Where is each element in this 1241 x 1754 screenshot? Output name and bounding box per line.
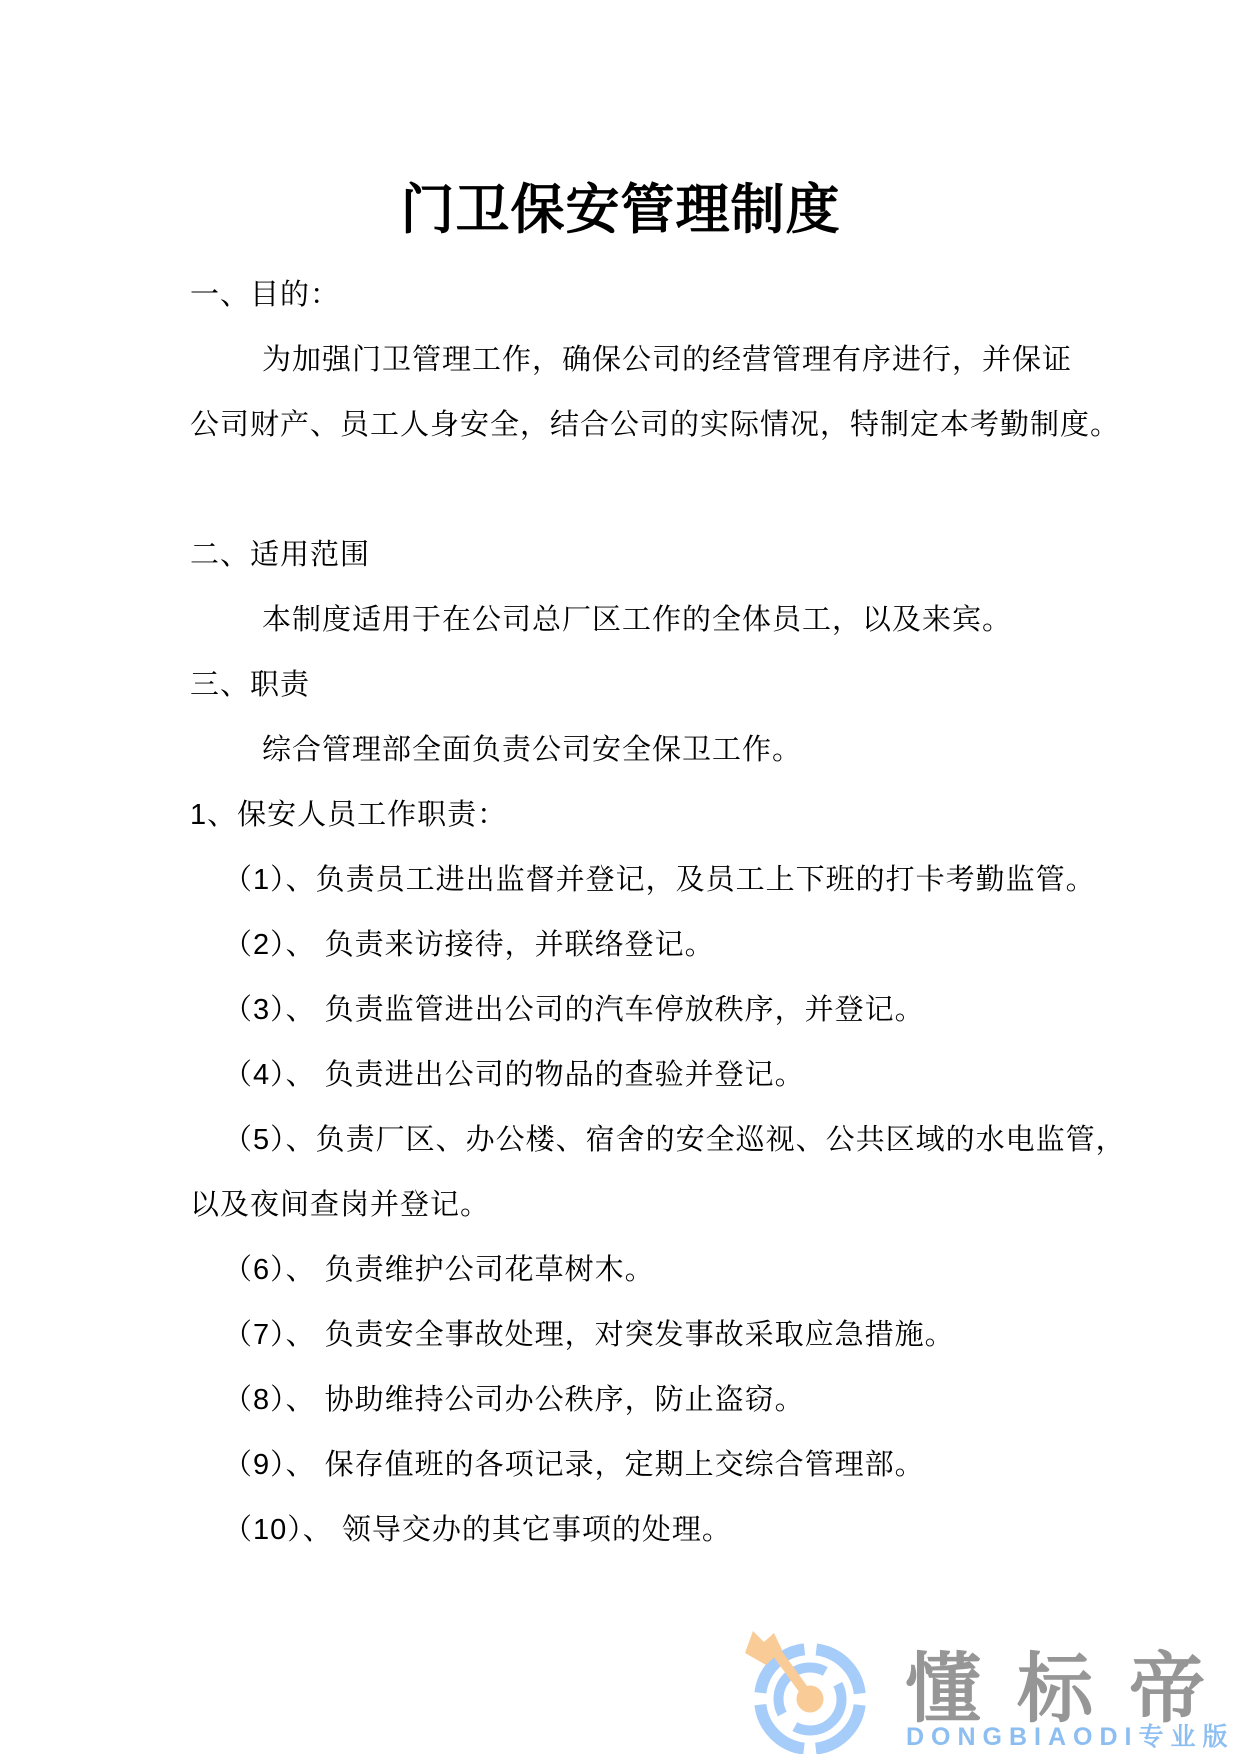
brand-edition-label: 专业版 xyxy=(1139,1723,1235,1751)
duty-item-10: （10）、 领导交办的其它事项的处理。 xyxy=(190,1498,1120,1563)
heading-responsibility: 三、职责 xyxy=(190,653,1120,718)
para-scope: 本制度适用于在公司总厂区工作的全体员工，以及来宾。 xyxy=(190,588,1120,653)
duty-item-5-continued: 以及夜间查岗并登记。 xyxy=(190,1173,1120,1238)
duty-item-2: （2）、 负责来访接待，并联络登记。 xyxy=(190,913,1120,978)
brand-name-en: DONGBIAODI xyxy=(906,1723,1139,1751)
duty-item-7: （7）、 负责安全事故处理，对突发事故采取应急措施。 xyxy=(190,1303,1120,1368)
target-dart-logo-icon xyxy=(740,1622,875,1754)
brand-caption: DONGBIAODI专业版 xyxy=(906,1724,1235,1750)
duty-item-9: （9）、 保存值班的各项记录，定期上交综合管理部。 xyxy=(190,1433,1120,1498)
duty-item-4: （4）、 负责进出公司的物品的查验并登记。 xyxy=(190,1043,1120,1108)
duty-item-5: （5）、负责厂区、办公楼、宿舍的安全巡视、公共区域的水电监管， xyxy=(190,1108,1120,1173)
heading-scope: 二、适用范围 xyxy=(190,523,1120,588)
document-title: 门卫保安管理制度 xyxy=(0,182,1241,238)
heading-purpose: 一、目的： xyxy=(190,263,1120,328)
brand-name-cn: 懂标帝 xyxy=(905,1652,1241,1728)
duty-item-3: （3）、 负责监管进出公司的汽车停放秩序，并登记。 xyxy=(190,978,1120,1043)
document-page: 门卫保安管理制度 一、目的： 为加强门卫管理工作，确保公司的经营管理有序进行，并… xyxy=(0,0,1241,1754)
heading-guard-duties: 1、保安人员工作职责： xyxy=(190,783,1120,848)
duty-item-8: （8）、 协助维持公司办公秩序，防止盗窃。 xyxy=(190,1368,1120,1433)
para-responsibility: 综合管理部全面负责公司安全保卫工作。 xyxy=(190,718,1120,783)
duty-item-1: （1）、负责员工进出监督并登记，及员工上下班的打卡考勤监管。 xyxy=(190,848,1120,913)
duty-item-6: （6）、 负责维护公司花草树木。 xyxy=(190,1238,1120,1303)
para-purpose-line2: 公司财产、员工人身安全，结合公司的实际情况，特制定本考勤制度。 xyxy=(190,393,1120,458)
para-purpose-line1: 为加强门卫管理工作，确保公司的经营管理有序进行，并保证 xyxy=(190,328,1120,393)
document-body: 一、目的： 为加强门卫管理工作，确保公司的经营管理有序进行，并保证 公司财产、员… xyxy=(190,263,1120,1563)
blank-line xyxy=(190,458,1120,523)
